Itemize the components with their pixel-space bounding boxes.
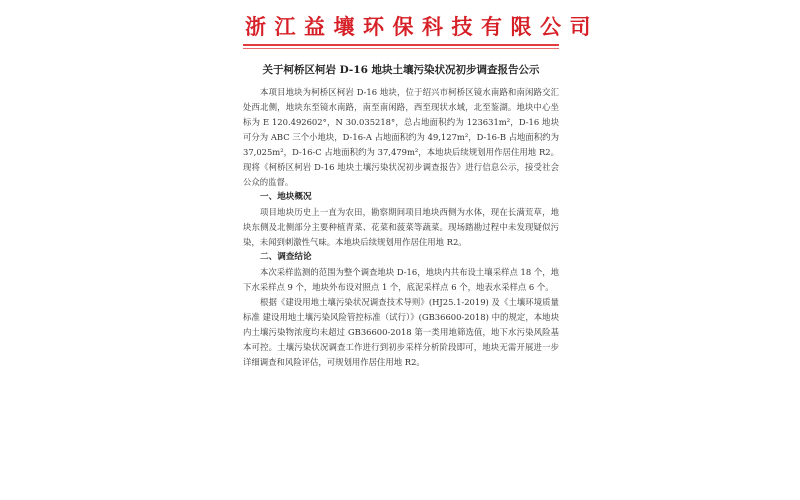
letterhead-rule-thin — [243, 48, 559, 49]
company-name: 浙江益壤环保科技有限公司 — [245, 14, 559, 40]
site-overview-paragraph: 项目地块历史上一直为农田，勘察期间项目地块西侧为水体，现在长满荒草，地块东侧及北… — [243, 205, 559, 250]
conclusion-paragraph: 根据《建设用地土壤污染状况调查技术导则》(HJ25.1-2019) 及《土壤环境… — [243, 295, 559, 370]
letterhead: 浙江益壤环保科技有限公司 — [243, 14, 559, 49]
document-body: 本项目地块为柯桥区柯岩 D-16 地块，位于绍兴市柯桥区镜水南路和南闲路交汇处西… — [243, 85, 559, 370]
document-title: 关于柯桥区柯岩 D-16 地块土壤污染状况初步调查报告公示 — [243, 62, 559, 77]
intro-paragraph: 本项目地块为柯桥区柯岩 D-16 地块，位于绍兴市柯桥区镜水南路和南闲路交汇处西… — [243, 85, 559, 190]
section-heading-conclusion: 二、调查结论 — [243, 250, 559, 265]
section-heading-site-overview: 一、地块概况 — [243, 190, 559, 205]
sampling-paragraph: 本次采样监测的范围为整个调查地块 D-16，地块内共布设土壤采样点 18 个，地… — [243, 265, 559, 295]
letterhead-rule-thick — [243, 44, 559, 46]
